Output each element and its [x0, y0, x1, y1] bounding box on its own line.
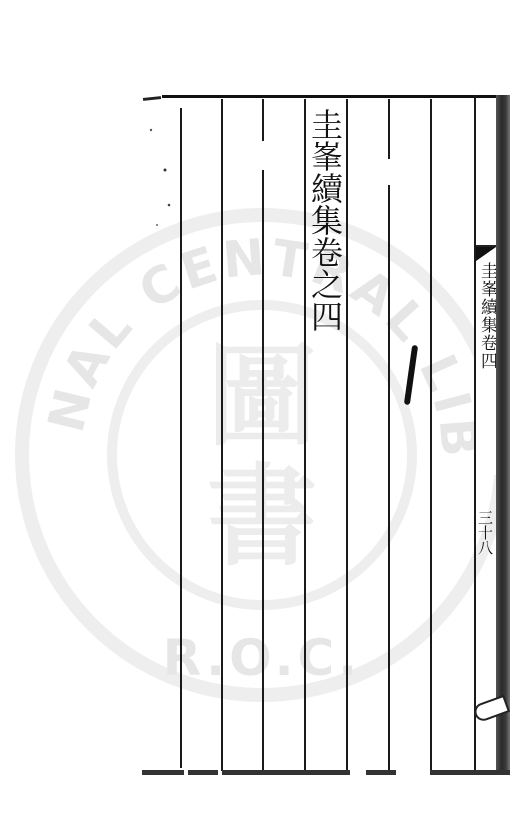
column-line-6a: [388, 99, 390, 159]
fold-page-number: 三十八: [478, 510, 496, 555]
bottom-border-segment-1: [142, 770, 184, 775]
fold-title-text: 圭峯續集卷四: [478, 262, 496, 370]
column-line-3b: [262, 170, 264, 770]
top-frame-border: [162, 95, 500, 98]
book-page: NATIONAL CENTRAL LIBRARY R.O.C. 圖 書 圭峯續集…: [0, 0, 520, 838]
column-line-3a: [262, 99, 264, 141]
bottom-border-segment-5: [430, 770, 510, 775]
fold-fishtail-mark: [476, 247, 496, 261]
paper-specks: [145, 110, 175, 250]
column-line-7: [430, 99, 432, 771]
column-line-6b: [388, 185, 390, 770]
bottom-border-segment-4: [366, 770, 396, 775]
watermark-outer-text: NATIONAL CENTRAL LIBRARY: [12, 205, 489, 463]
bottom-border-segment-3: [222, 770, 350, 775]
top-corner-mark: [143, 96, 161, 101]
column-line-2: [221, 99, 223, 771]
ink-blot: [404, 345, 418, 405]
bottom-border-segment-2: [188, 770, 218, 775]
column-line-1: [180, 108, 182, 768]
book-fold-edge: [496, 95, 510, 775]
volume-title: 圭峯續集卷之四: [303, 108, 347, 332]
